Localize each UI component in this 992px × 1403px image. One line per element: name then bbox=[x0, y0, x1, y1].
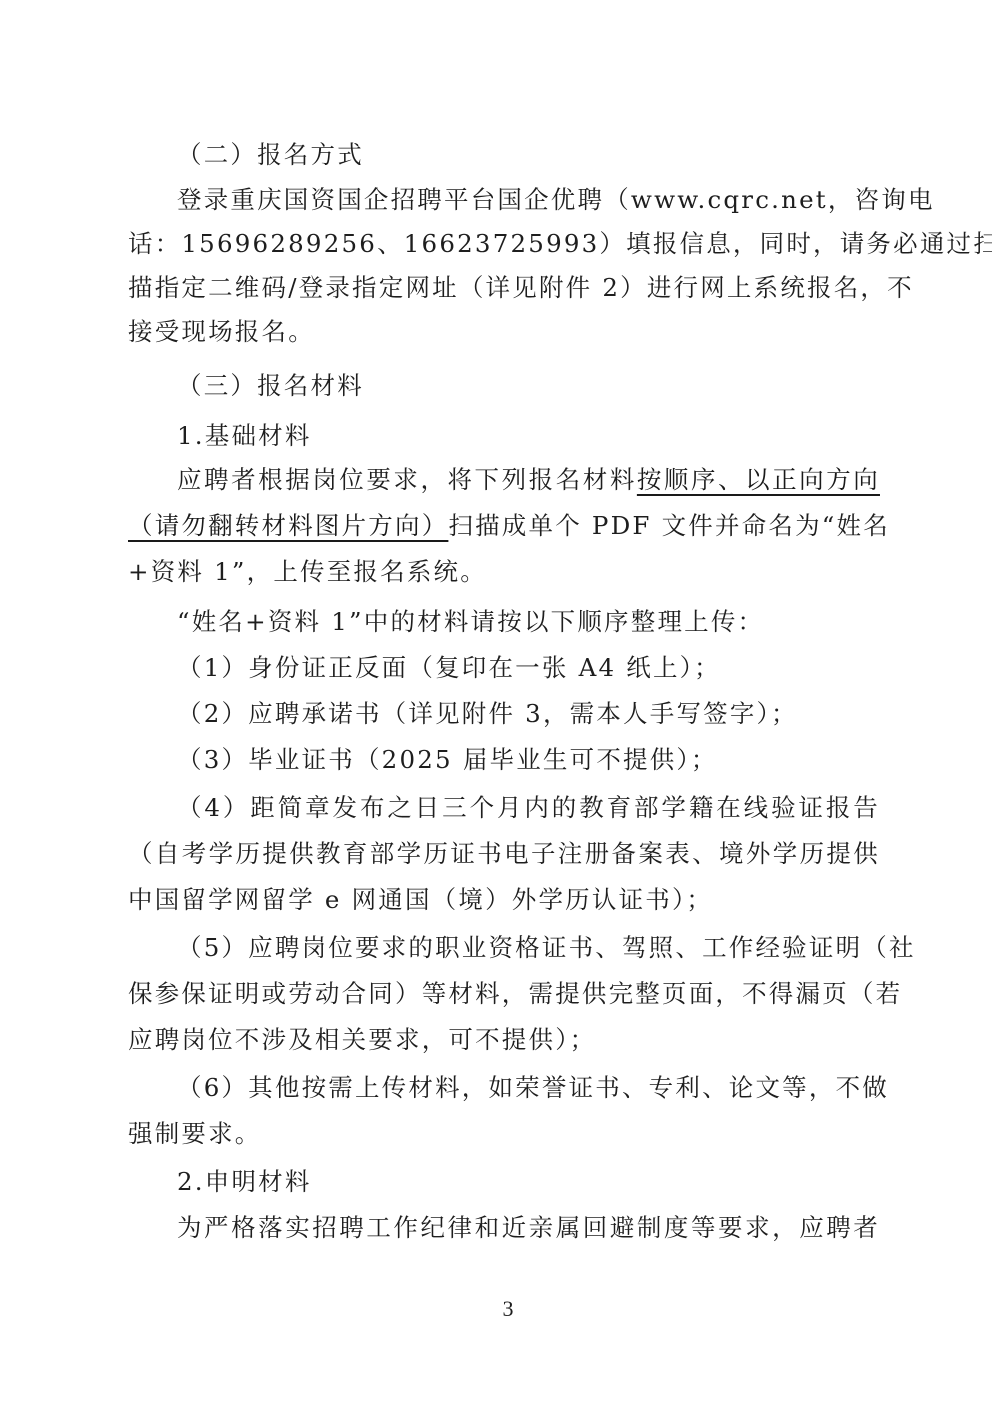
paragraph-line: 应聘者根据岗位要求，将下列报名材料按顺序、以正向方向 bbox=[177, 464, 880, 496]
underlined-emphasis: 按顺序、以正向方向 bbox=[637, 465, 880, 494]
list-item-4-cont: （自考学历提供教育部学历证书电子注册备案表、境外学历提供 bbox=[128, 838, 880, 870]
list-item-2: （2）应聘承诺书（详见附件 3，需本人手写签字）； bbox=[177, 698, 880, 730]
section-heading-registration-method: （二）报名方式 bbox=[177, 139, 880, 171]
paragraph-line: +资料 1”，上传至报名系统。 bbox=[128, 556, 880, 588]
paragraph-line: 为严格落实招聘工作纪律和近亲属回避制度等要求，应聘者 bbox=[177, 1212, 880, 1244]
list-item-3: （3）毕业证书（2025 届毕业生可不提供）； bbox=[177, 744, 880, 776]
section-heading-registration-materials: （三）报名材料 bbox=[177, 370, 880, 402]
subsection-heading-declaration-materials: 2.申明材料 bbox=[177, 1166, 880, 1198]
paragraph-line: 描指定二维码/登录指定网址（详见附件 2）进行网上系统报名，不 bbox=[128, 272, 880, 304]
list-intro: “姓名+资料 1”中的材料请按以下顺序整理上传： bbox=[177, 606, 880, 638]
list-item-5-cont: 应聘岗位不涉及相关要求，可不提供）； bbox=[128, 1024, 880, 1056]
list-item-1: （1）身份证正反面（复印在一张 A4 纸上）； bbox=[177, 652, 880, 684]
list-item-6-cont: 强制要求。 bbox=[128, 1118, 880, 1150]
paragraph-line: 话：15696289256、16623725993）填报信息，同时，请务必通过扫 bbox=[128, 228, 880, 260]
document-page: （二）报名方式 登录重庆国资国企招聘平台国企优聘（www.cqrc.net，咨询… bbox=[0, 0, 992, 1403]
plain-text: 应聘者根据岗位要求，将下列报名材料 bbox=[177, 465, 637, 494]
paragraph-line: 接受现场报名。 bbox=[128, 316, 880, 348]
page-number: 3 bbox=[0, 1296, 992, 1322]
list-item-4: （4）距简章发布之日三个月内的教育部学籍在线验证报告 bbox=[177, 792, 880, 824]
list-item-5: （5）应聘岗位要求的职业资格证书、驾照、工作经验证明（社 bbox=[177, 932, 880, 964]
subsection-heading-basic-materials: 1.基础材料 bbox=[177, 420, 880, 452]
paragraph-line: 登录重庆国资国企招聘平台国企优聘（www.cqrc.net，咨询电 bbox=[177, 184, 880, 216]
list-item-6: （6）其他按需上传材料，如荣誉证书、专利、论文等，不做 bbox=[177, 1072, 880, 1104]
paragraph-line: （请勿翻转材料图片方向）扫描成单个 PDF 文件并命名为“姓名 bbox=[128, 510, 880, 542]
underlined-emphasis: （请勿翻转材料图片方向） bbox=[128, 511, 448, 540]
list-item-5-cont: 保参保证明或劳动合同）等材料，需提供完整页面，不得漏页（若 bbox=[128, 978, 880, 1010]
list-item-4-cont: 中国留学网留学 e 网通国（境）外学历认证书）； bbox=[128, 884, 880, 916]
plain-text: 扫描成单个 PDF 文件并命名为“姓名 bbox=[448, 511, 890, 540]
